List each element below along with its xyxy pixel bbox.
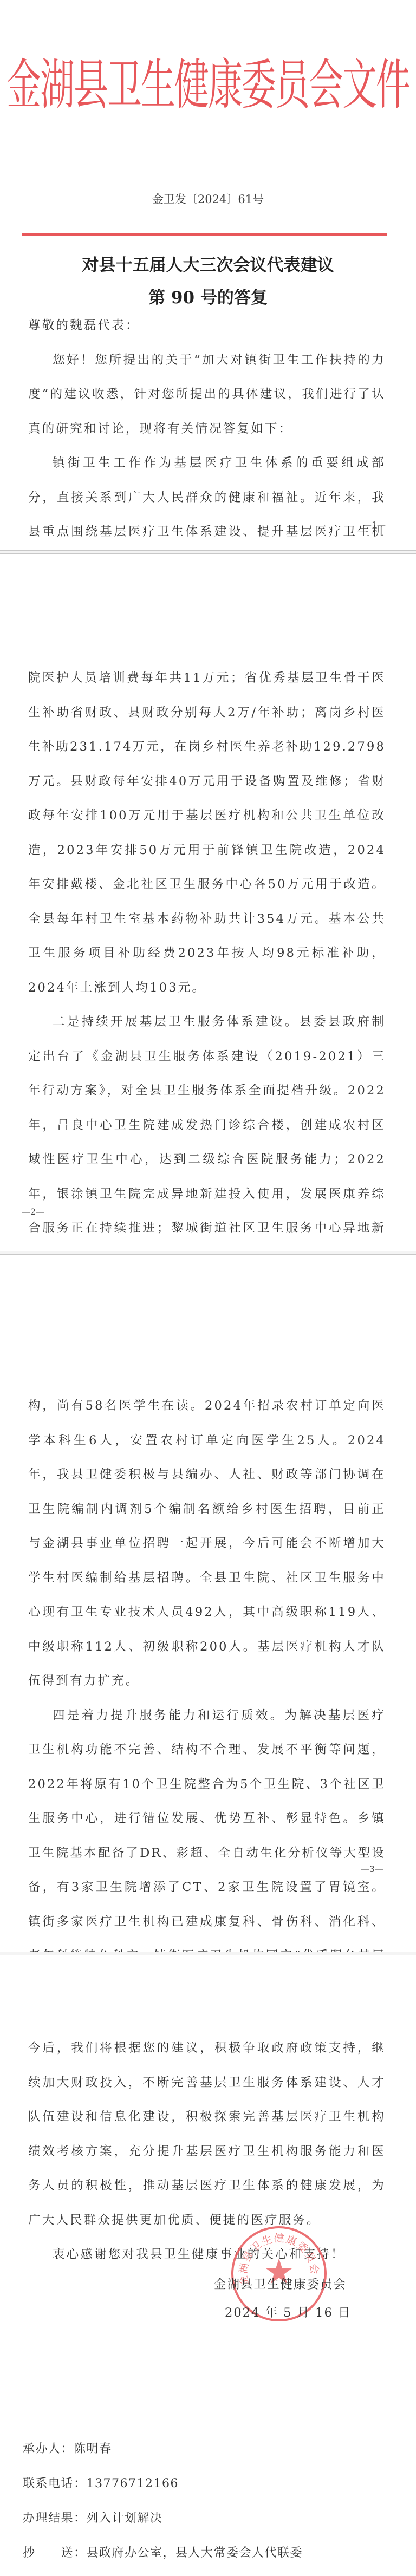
signature-block: 金湖县卫生健康委员会 ★ 金湖县卫生健康委员会 2024 年 5 月 16 日 [0, 2169, 416, 2332]
paragraph: 院医护人员培训费每年共11万元；省优秀基层卫生骨干医生补助省财政、县财政分别每人… [28, 661, 386, 1005]
page-4: 今后，我们将根据您的建议，积极争取政府政策支持，继续加大财政投入，不断完善基层卫… [0, 1955, 416, 2572]
page-separator [0, 550, 416, 554]
result-label: 办理结果： [23, 2512, 87, 2525]
paragraph: 四是着力提升服务能力和运行质效。为解决基层医疗卫生机构功能不完善、结构不合理、发… [28, 1699, 386, 1952]
page-1-body: 尊敬的魏磊代表： 您好！您所提出的关于“加大对镇街卫生工作扶持的力度”的建议收悉… [28, 309, 386, 550]
paragraph: 构，尚有58名医学生在读。2024年招录农村订单定向医学本科生6人，安置农村订单… [28, 1389, 386, 1699]
page-number: —3— [361, 1864, 383, 1874]
cc-recipients: 县政府办公室，县人大常委会人代联委 [87, 2546, 303, 2560]
signing-organization: 金湖县卫生健康委员会 [214, 2275, 347, 2292]
cc-label: 抄 送： [23, 2546, 87, 2560]
paragraph: 二是持续开展基层卫生服务体系建设。县委县政府制定出台了《金湖县卫生服务体系建设（… [28, 1005, 386, 1251]
document-number: 金卫发〔2024〕61号 [0, 191, 416, 207]
signing-date: 2024 年 5 月 16 日 [225, 2303, 351, 2320]
paragraph: 镇街卫生工作作为基层医疗卫生体系的重要组成部分，直接关系到广大人民群众的健康和福… [28, 446, 386, 550]
red-divider [22, 233, 387, 236]
phone-number: 13776712166 [87, 2477, 179, 2490]
subject-line-1: 对县十五届人大三次会议代表建议 [0, 249, 416, 282]
handler-name: 陈明春 [74, 2442, 112, 2456]
page-separator [0, 1251, 416, 1255]
page-separator [0, 1952, 416, 1955]
result-row: 办理结果：列入计划解决 [23, 2501, 163, 2536]
paragraph: 您好！您所提出的关于“加大对镇街卫生工作扶持的力度”的建议收悉，针对您所提出的具… [28, 343, 386, 447]
page-2: 院医护人员培训费每年共11万元；省优秀基层卫生骨干医生补助省财政、县财政分别每人… [0, 554, 416, 1251]
page-3-body: 构，尚有58名医学生在读。2024年招录农村订单定向医学本科生6人，安置农村订单… [28, 1389, 386, 1952]
page-number: —1— [363, 520, 386, 530]
salutation: 尊敬的魏磊代表： [28, 309, 386, 343]
result-value: 列入计划解决 [87, 2512, 163, 2525]
handler-row: 承办人：陈明春 [23, 2432, 112, 2467]
page-2-body: 院医护人员培训费每年共11万元；省优秀基层卫生骨干医生补助省财政、县财政分别每人… [28, 661, 386, 1251]
cc-row: 抄 送：县政府办公室，县人大常委会人代联委 [23, 2536, 303, 2571]
handler-label: 承办人： [23, 2442, 74, 2456]
phone-row: 联系电话：13776712166 [23, 2467, 179, 2501]
page-3: 构，尚有58名医学生在读。2024年招录农村订单定向医学本科生6人，安置农村订单… [0, 1255, 416, 1952]
page-number: —2— [22, 1207, 44, 1217]
issuer-title: 金湖县卫生健康委员会文件 [0, 42, 416, 120]
document-subject: 对县十五届人大三次会议代表建议 第 90 号的答复 [0, 249, 416, 314]
phone-label: 联系电话： [23, 2477, 87, 2490]
page-1: 金湖县卫生健康委员会文件 金卫发〔2024〕61号 对县十五届人大三次会议代表建… [0, 0, 416, 550]
